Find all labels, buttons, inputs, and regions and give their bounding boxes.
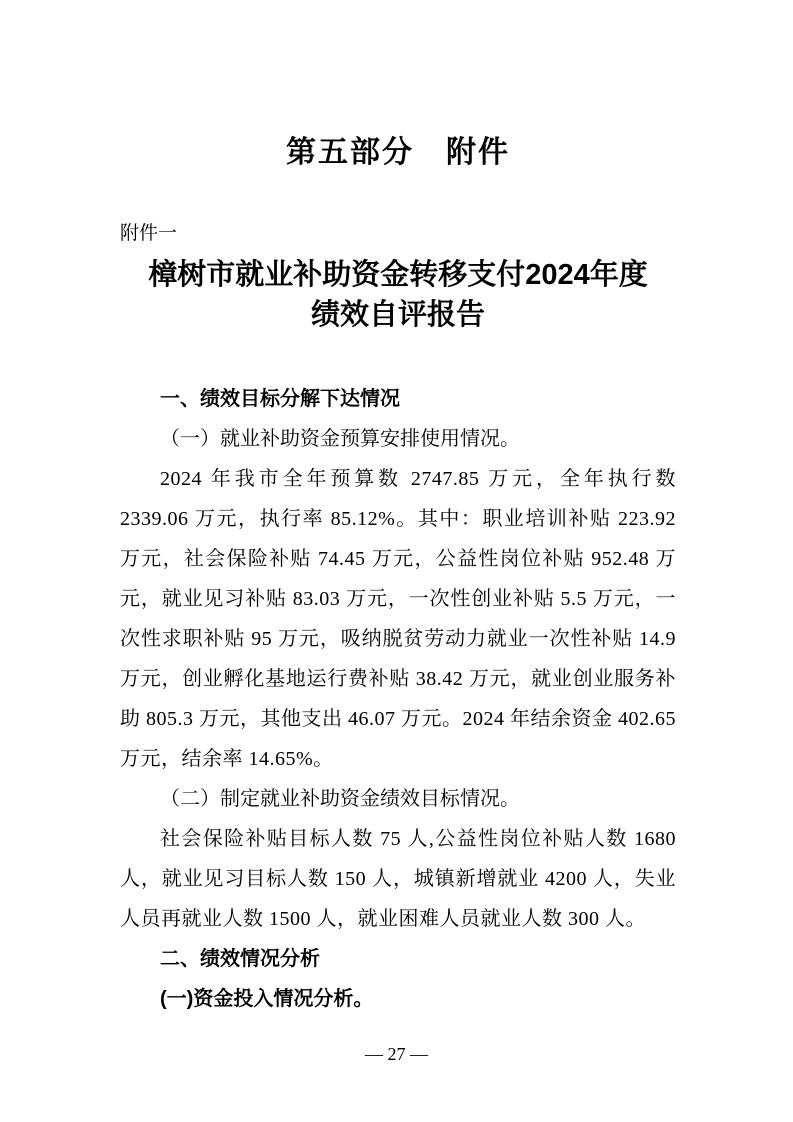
part-title: 第五部分 附件	[120, 134, 676, 172]
section-heading-2: 二、绩效情况分析	[120, 939, 676, 979]
report-title-line1: 樟树市就业补助资金转移支付2024年度	[120, 255, 676, 295]
report-body: 一、绩效目标分解下达情况 （一）就业补助资金预算安排使用情况。 2024 年我市…	[120, 379, 676, 1019]
attachment-label: 附件一	[120, 221, 676, 247]
page-number: — 27 —	[0, 1042, 793, 1066]
document-page: 第五部分 附件 附件一 樟树市就业补助资金转移支付2024年度 绩效自评报告 一…	[0, 0, 793, 1122]
report-title: 樟树市就业补助资金转移支付2024年度 绩效自评报告	[120, 255, 676, 335]
sub-heading-2: （二）制定就业补助资金绩效目标情况。	[120, 779, 676, 819]
section-heading-3: (一)资金投入情况分析。	[120, 979, 676, 1019]
paragraph-targets: 社会保险补贴目标人数 75 人,公益性岗位补贴人数 1680 人，就业见习目标人…	[120, 819, 676, 939]
sub-heading-1: （一）就业补助资金预算安排使用情况。	[120, 419, 676, 459]
paragraph-funding: 2024 年我市全年预算数 2747.85 万元，全年执行数 2339.06 万…	[120, 459, 676, 779]
section-heading-1: 一、绩效目标分解下达情况	[120, 379, 676, 419]
report-title-line2: 绩效自评报告	[120, 295, 676, 335]
